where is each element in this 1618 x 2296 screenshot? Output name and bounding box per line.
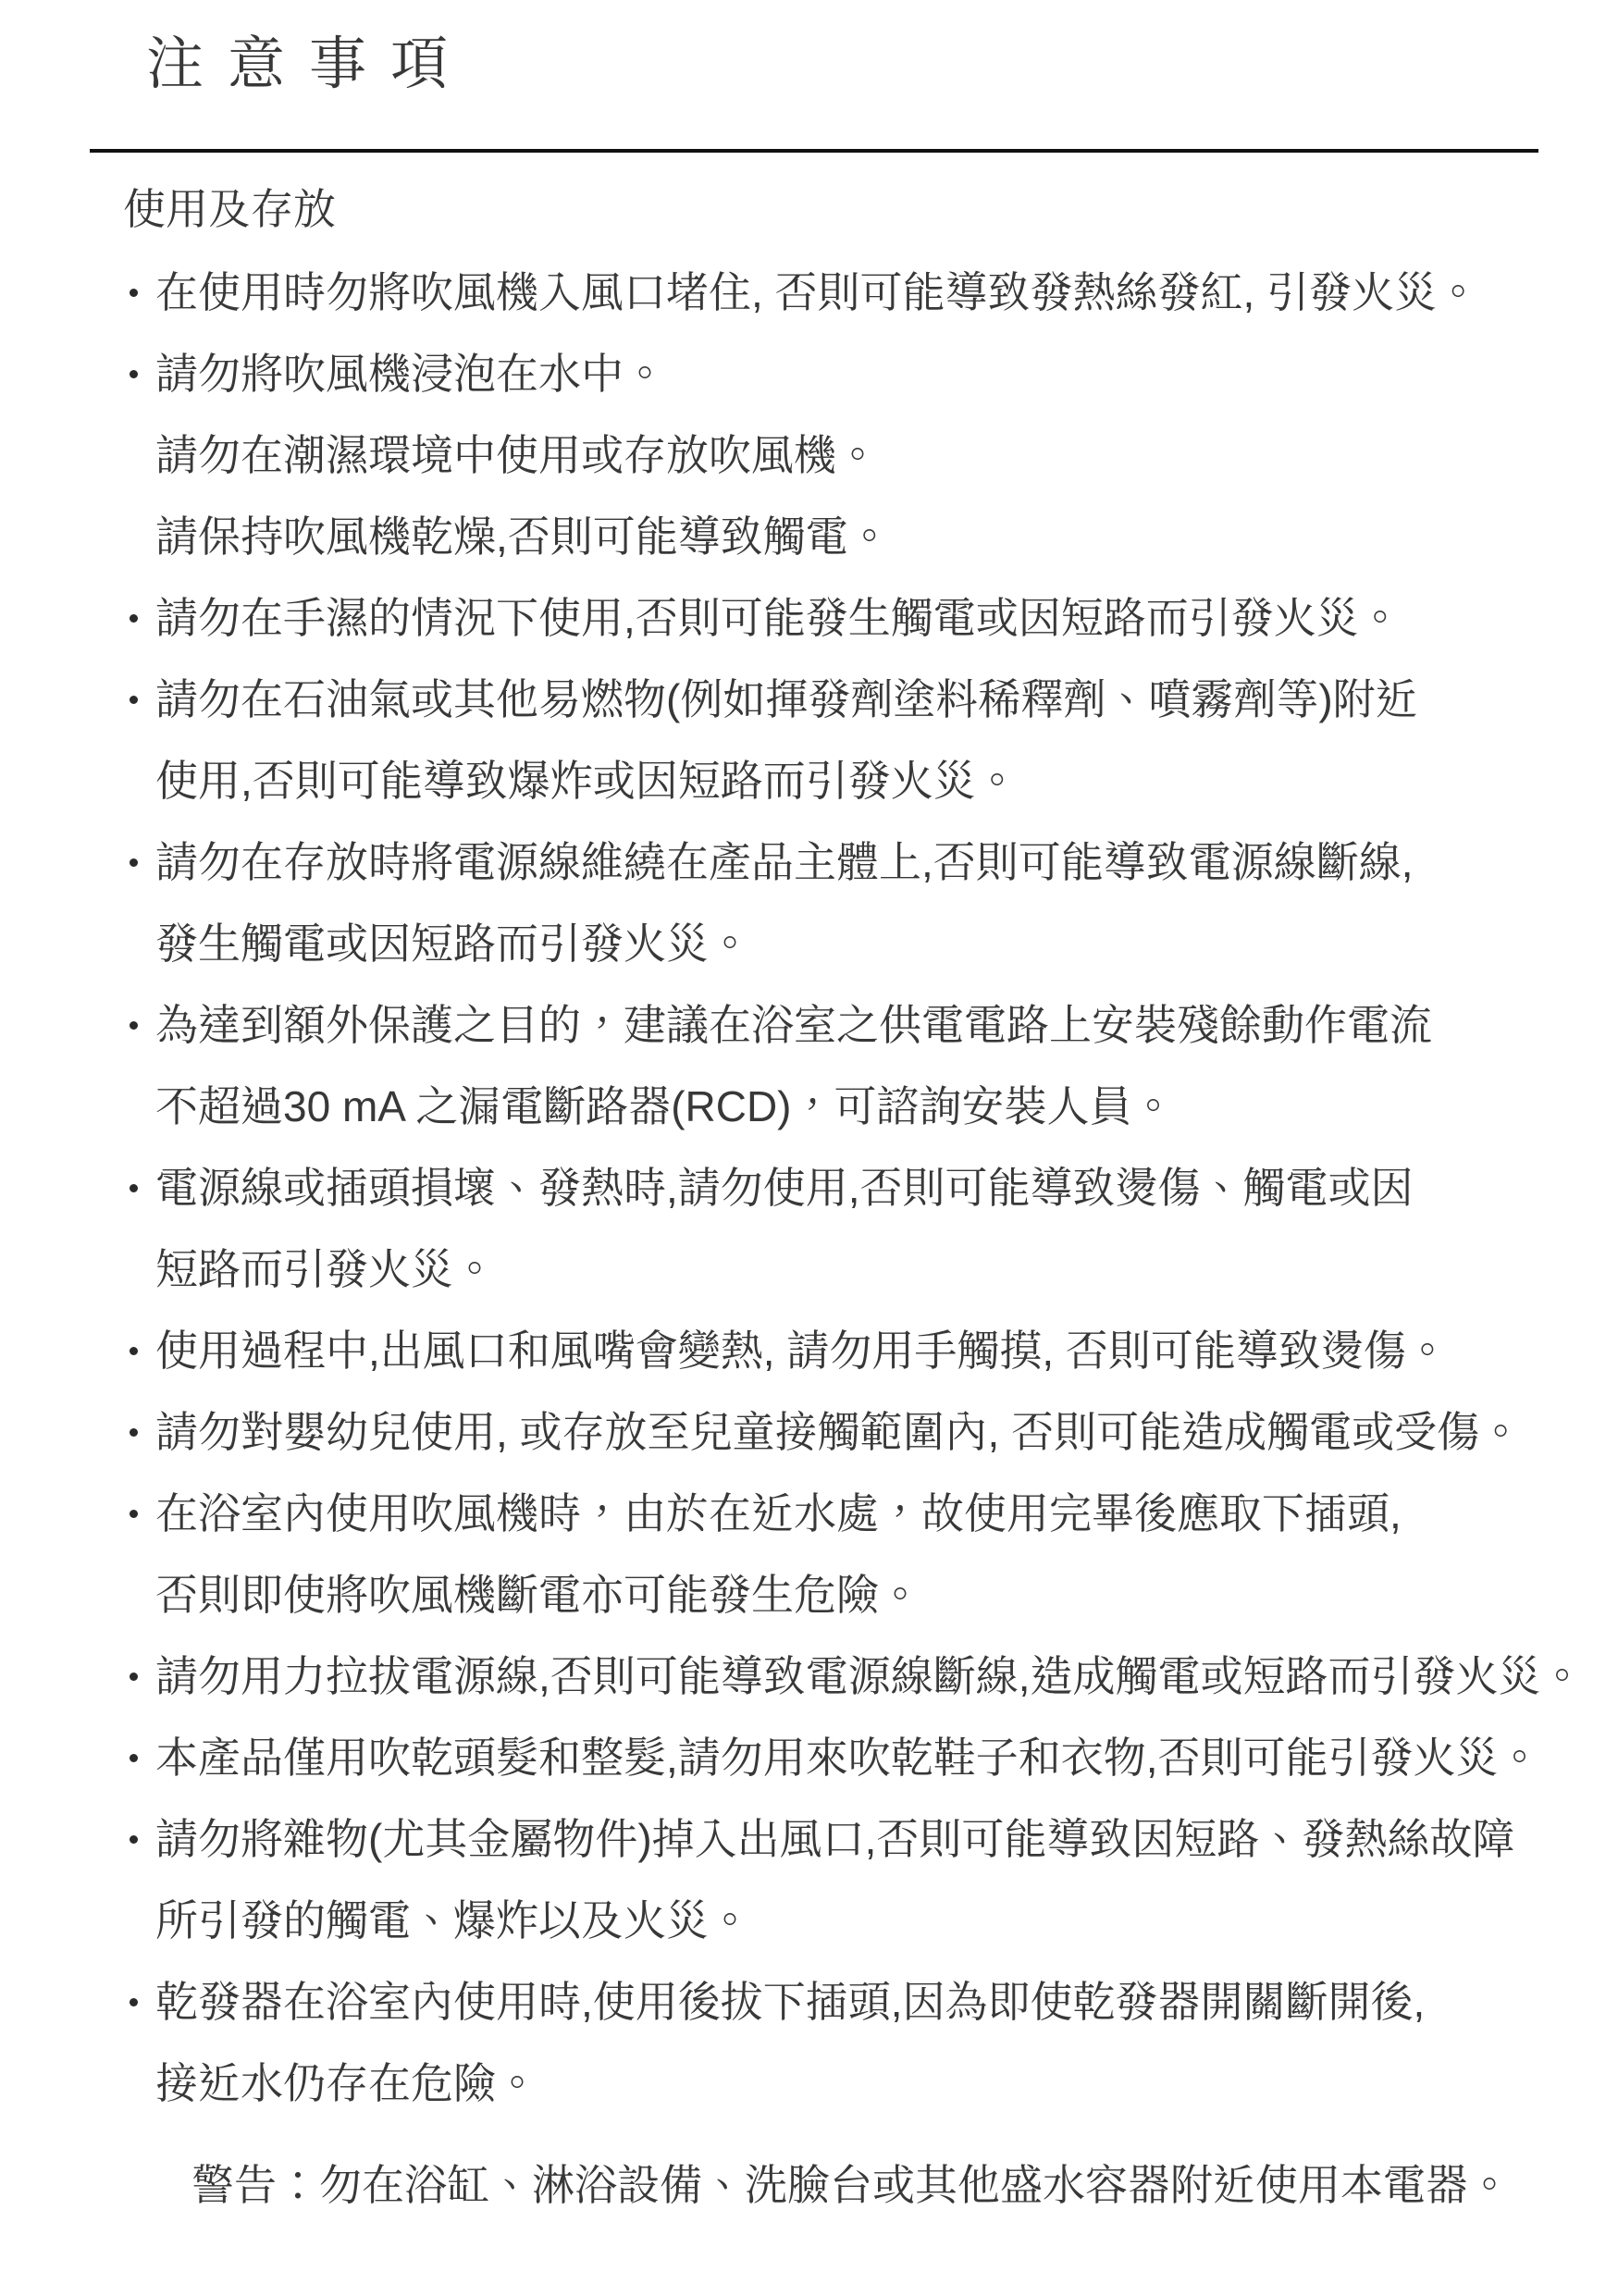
list-item: 電源線或插頭損壞、發熱時,請勿使用,否則可能導致燙傷、觸電或因 [0, 1147, 1618, 1228]
list-item-text: 短路而引發火災。 [155, 1245, 496, 1293]
list-item-text: 所引發的觸電、爆炸以及火災。 [155, 1896, 751, 1944]
list-item: 使用過程中,出風口和風嘴會變熱, 請勿用手觸摸, 否則可能導致燙傷。 [0, 1310, 1618, 1391]
page-title: 注意事項 [146, 31, 472, 97]
list-item: 在浴室內使用吹風機時，由於在近水處，故使用完畢後應取下插頭, [0, 1473, 1618, 1554]
list-item-text: 為達到額外保護之目的，建議在浴室之供電電路上安裝殘餘動作電流 [155, 1001, 1432, 1049]
bullet-marker [130, 370, 138, 378]
bullet-marker [130, 1347, 138, 1355]
list-item-text: 請保持吹風機乾燥,否則可能導致觸電。 [155, 512, 891, 561]
bullet-marker [130, 1184, 138, 1192]
list-item-text: 本產品僅用吹乾頭髮和整髮,請勿用來吹乾鞋子和衣物,否則可能引發火災。 [155, 1734, 1541, 1782]
list-item: 發生觸電或因短路而引發火災。 [0, 903, 1618, 984]
bullet-marker [130, 1510, 138, 1518]
list-item: 請保持吹風機乾燥,否則可能導致觸電。 [0, 496, 1618, 577]
bullet-marker [130, 696, 138, 704]
list-item-text: 請勿在手濕的情況下使用,否則可能發生觸電或因短路而引發火災。 [155, 594, 1402, 642]
list-item-text: 發生觸電或因短路而引發火災。 [155, 920, 751, 968]
list-item: 請勿在存放時將電源線維繞在產品主體上,否則可能導致電源線斷線, [0, 821, 1618, 903]
bullet-marker [130, 289, 138, 297]
list-item: 請勿在潮濕環境中使用或存放吹風機。 [0, 414, 1618, 496]
precaution-list: 在使用時勿將吹風機入風口堵住, 否則可能導致發熱絲發紅, 引發火災。請勿將吹風機… [0, 252, 1618, 2124]
list-item: 在使用時勿將吹風機入風口堵住, 否則可能導致發熱絲發紅, 引發火災。 [0, 252, 1618, 333]
list-item: 請勿對嬰幼兒使用, 或存放至兒童接觸範圍內, 否則可能造成觸電或受傷。 [0, 1391, 1618, 1473]
list-item-text: 使用,否則可能導致爆炸或因短路而引發火災。 [155, 757, 1019, 805]
list-item-text: 使用過程中,出風口和風嘴會變熱, 請勿用手觸摸, 否則可能導致燙傷。 [155, 1327, 1449, 1375]
list-item-text: 在浴室內使用吹風機時，由於在近水處，故使用完畢後應取下插頭, [155, 1489, 1402, 1537]
bullet-marker [130, 1428, 138, 1437]
list-item: 乾發器在浴室內使用時,使用後拔下插頭,因為即使乾發器開關斷開後, [0, 1961, 1618, 2043]
list-item-text: 請勿在潮濕環境中使用或存放吹風機。 [155, 431, 879, 479]
warning-text: 警告：勿在浴缸、淋浴設備、洗臉台或其他盛水容器附近使用本電器。 [191, 2144, 1511, 2226]
bullet-marker [130, 1835, 138, 1844]
bullet-marker [130, 1998, 138, 2006]
list-item: 不超過30 mA 之漏電斷路器(RCD)，可諮詢安裝人員。 [0, 1066, 1618, 1147]
list-item-text: 否則即使將吹風機斷電亦可能發生危險。 [155, 1571, 921, 1619]
list-item: 本產品僅用吹乾頭髮和整髮,請勿用來吹乾鞋子和衣物,否則可能引發火災。 [0, 1717, 1618, 1798]
list-item: 請勿將雜物(尤其金屬物件)掉入出風口,否則可能導致因短路、發熱絲故障 [0, 1798, 1618, 1880]
list-item-text: 接近水仍存在危險。 [155, 2059, 538, 2107]
bullet-marker [130, 1754, 138, 1762]
bullet-marker [130, 614, 138, 623]
list-item: 否則即使將吹風機斷電亦可能發生危險。 [0, 1554, 1618, 1636]
bullet-marker [130, 1673, 138, 1681]
list-item-text: 請勿在石油氣或其他易燃物(例如揮發劑塗料稀釋劑、噴霧劑等)附近 [155, 675, 1418, 723]
list-item: 請勿用力拉拔電源線,否則可能導致電源線斷線,造成觸電或短路而引發火災。 [0, 1636, 1618, 1717]
list-item: 請勿在手濕的情況下使用,否則可能發生觸電或因短路而引發火災。 [0, 577, 1618, 659]
list-item-text: 請勿用力拉拔電源線,否則可能導致電源線斷線,造成觸電或短路而引發火災。 [155, 1652, 1584, 1700]
list-item-text: 不超過30 mA 之漏電斷路器(RCD)，可諮詢安裝人員。 [155, 1082, 1174, 1130]
bullet-marker [130, 1021, 138, 1030]
list-item-text: 電源線或插頭損壞、發熱時,請勿使用,否則可能導致燙傷、觸電或因 [155, 1164, 1414, 1212]
list-item-text: 在使用時勿將吹風機入風口堵住, 否則可能導致發熱絲發紅, 引發火災。 [155, 268, 1479, 316]
list-item: 短路而引發火災。 [0, 1228, 1618, 1310]
section-heading: 使用及存放 [123, 183, 336, 235]
list-item: 接近水仍存在危險。 [0, 2043, 1618, 2124]
list-item: 所引發的觸電、爆炸以及火災。 [0, 1880, 1618, 1961]
list-item: 為達到額外保護之目的，建議在浴室之供電電路上安裝殘餘動作電流 [0, 984, 1618, 1066]
manual-page: 注意事項 使用及存放 在使用時勿將吹風機入風口堵住, 否則可能導致發熱絲發紅, … [0, 0, 1618, 2296]
list-item: 使用,否則可能導致爆炸或因短路而引發火災。 [0, 740, 1618, 821]
list-item-text: 請勿對嬰幼兒使用, 或存放至兒童接觸範圍內, 否則可能造成觸電或受傷。 [155, 1408, 1522, 1456]
title-divider [90, 149, 1538, 153]
list-item: 請勿將吹風機浸泡在水中。 [0, 333, 1618, 414]
bullet-marker [130, 858, 138, 867]
list-item-text: 乾發器在浴室內使用時,使用後拔下插頭,因為即使乾發器開關斷開後, [155, 1978, 1425, 2026]
list-item-text: 請勿將雜物(尤其金屬物件)掉入出風口,否則可能導致因短路、發熱絲故障 [155, 1815, 1514, 1863]
list-item: 請勿在石油氣或其他易燃物(例如揮發劑塗料稀釋劑、噴霧劑等)附近 [0, 659, 1618, 740]
list-item-text: 請勿在存放時將電源線維繞在產品主體上,否則可能導致電源線斷線, [155, 838, 1414, 886]
list-item-text: 請勿將吹風機浸泡在水中。 [155, 350, 666, 398]
